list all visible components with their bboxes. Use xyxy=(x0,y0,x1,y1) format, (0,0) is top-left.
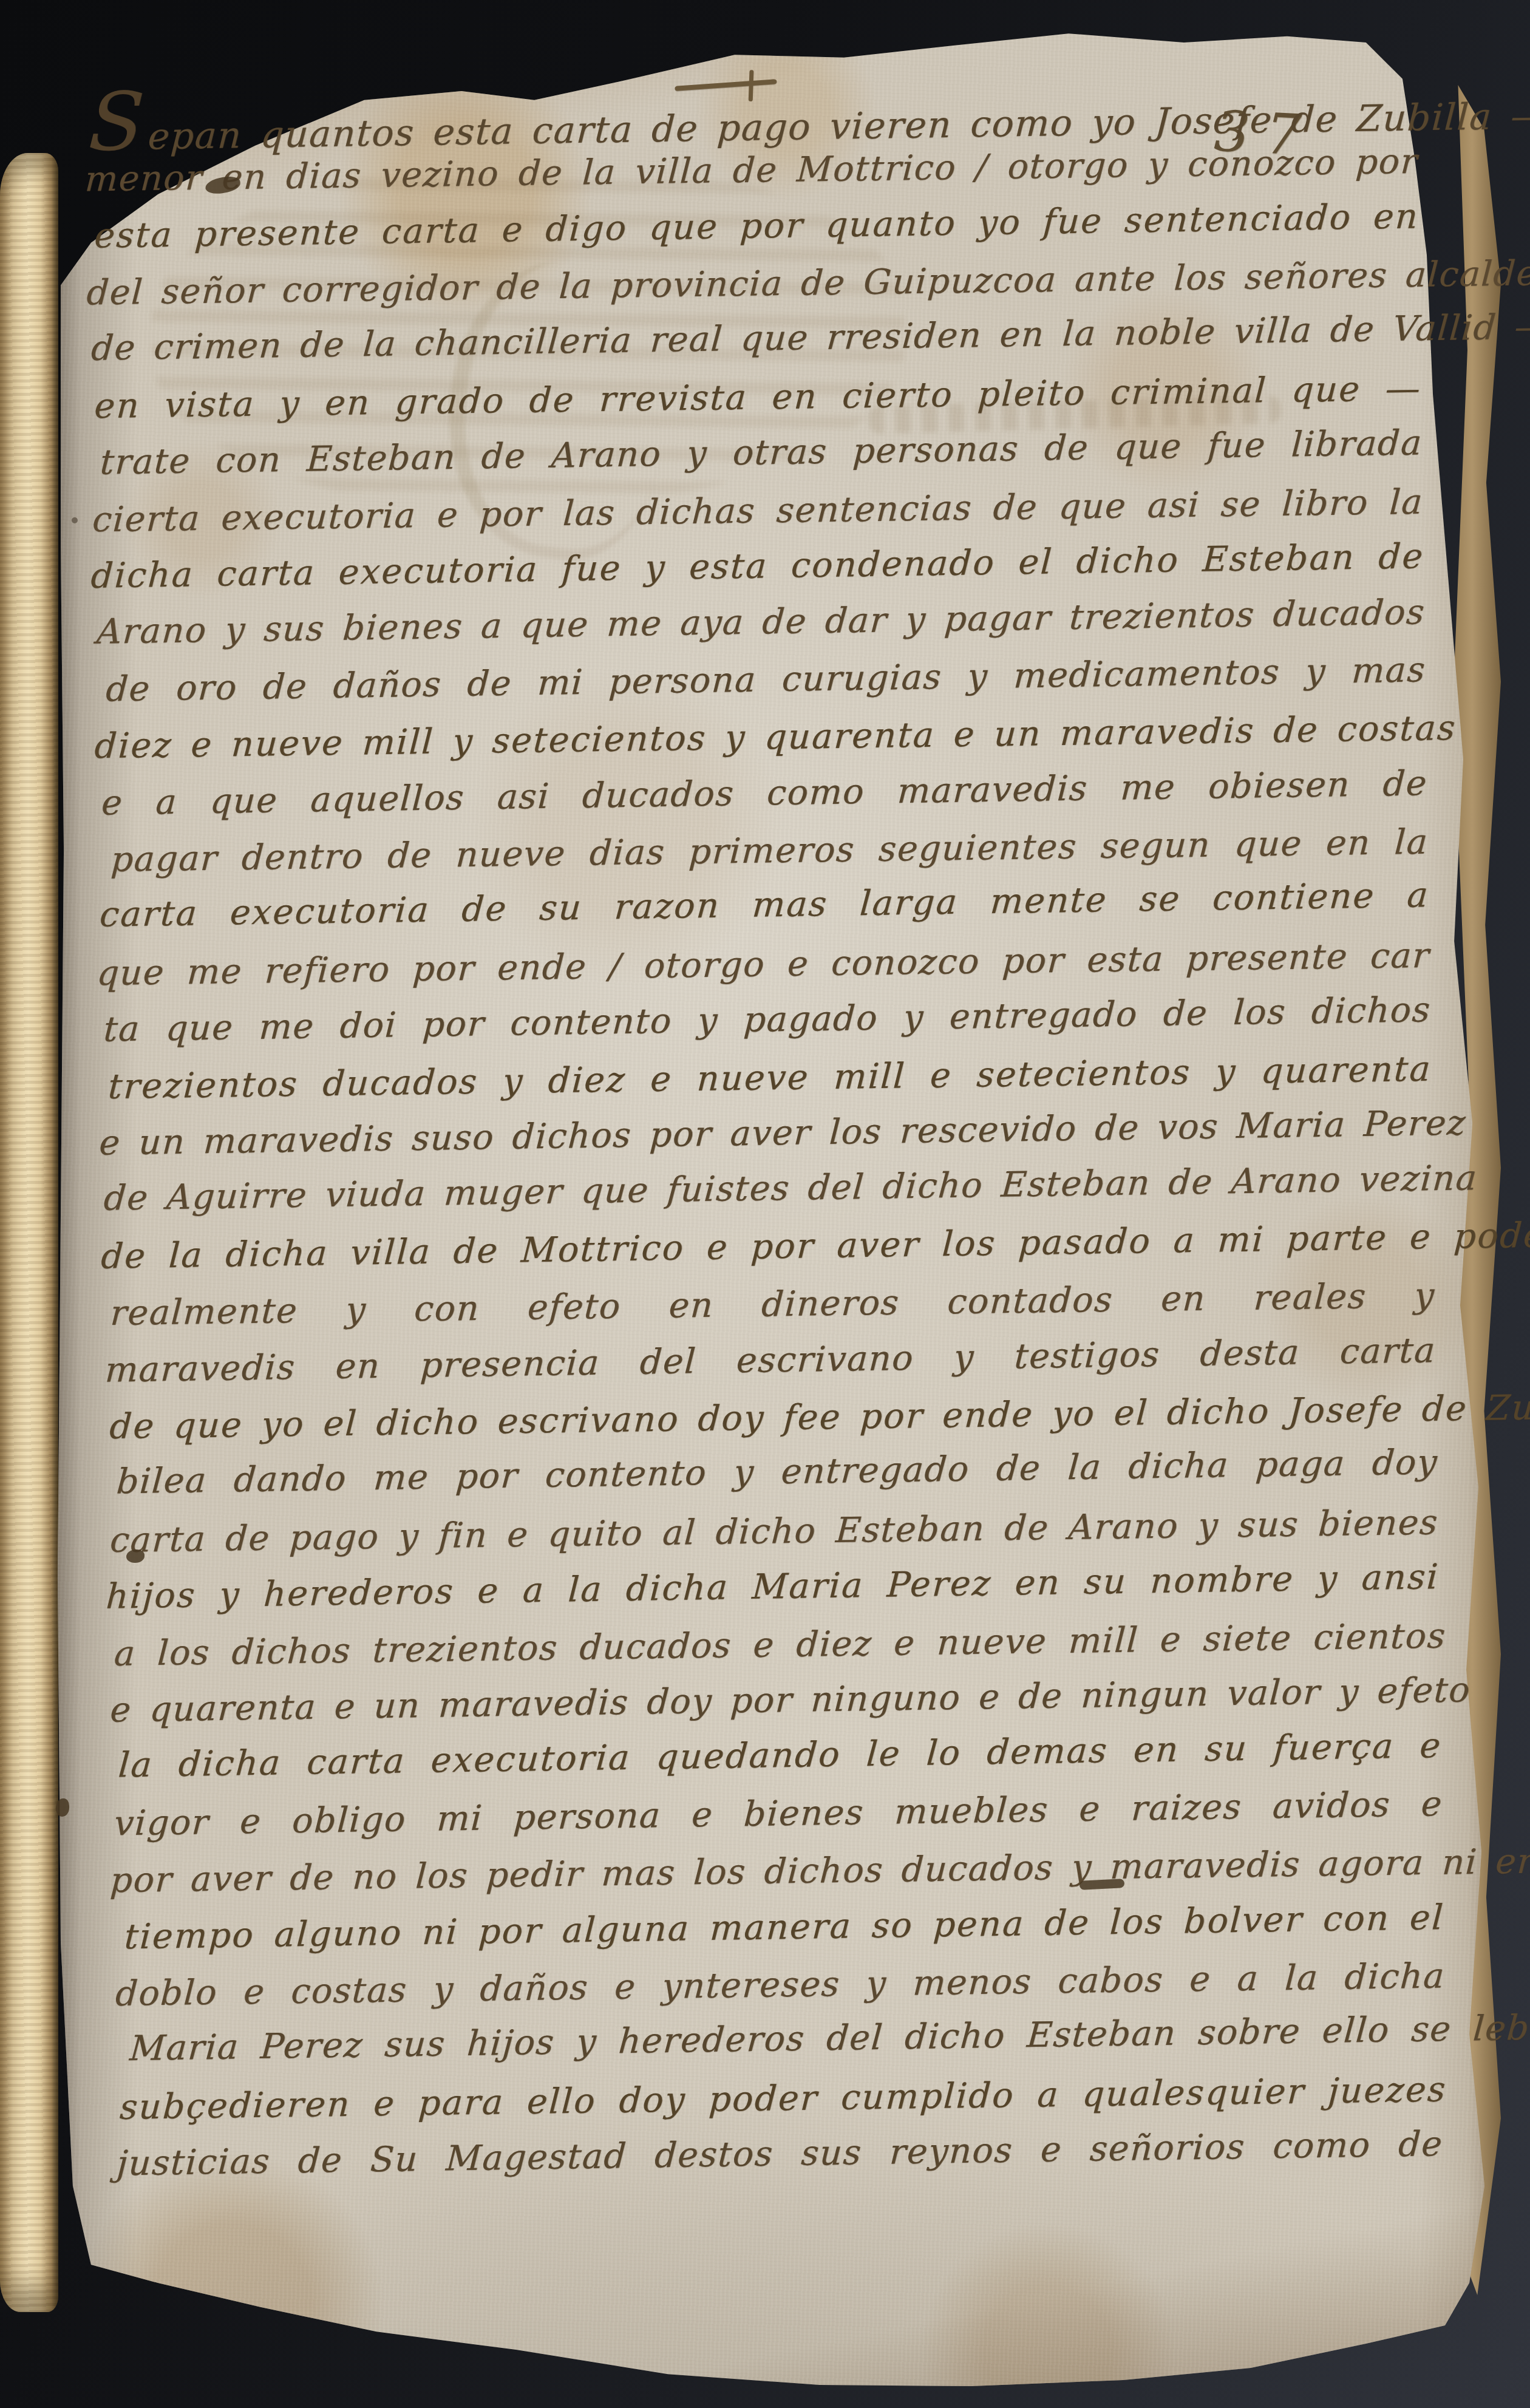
manuscript-text: Sepan quantos esta carta de pago vieren … xyxy=(84,75,1448,2192)
ink-blot xyxy=(126,1549,144,1563)
ink-blot xyxy=(56,1798,69,1817)
ink-speck xyxy=(72,517,78,523)
page-edge-grain xyxy=(0,153,58,2312)
manuscript-photo: 37 Sepan quantos esta carta de pago vier… xyxy=(0,0,1530,2408)
book-page-edges-left xyxy=(0,153,58,2312)
